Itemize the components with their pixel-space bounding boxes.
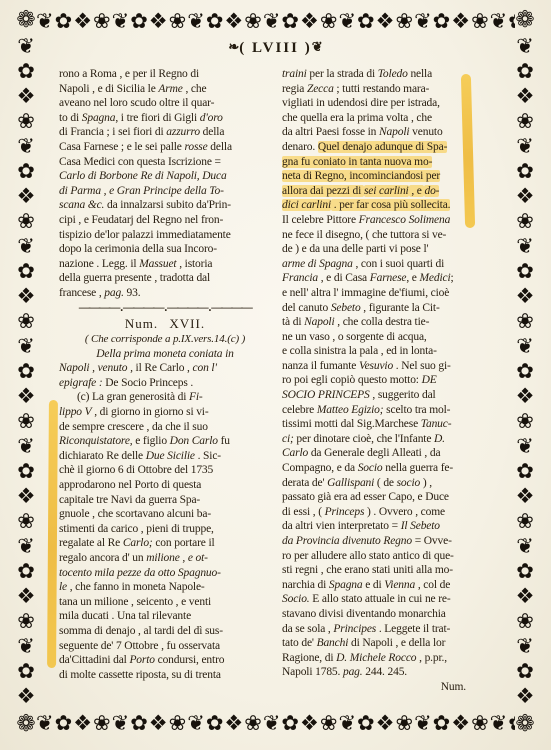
highlighted-text: do- (424, 185, 439, 197)
text-line: scana &c. da innalzarsi subito da'Prin- (59, 198, 271, 213)
text-line: Napoli , e di Sicilia le Arme , che (59, 82, 271, 97)
fleuron-icon: ❦ (312, 39, 323, 54)
text-line: passato già era ad esser Capo, e Duce (282, 490, 494, 505)
text-line: ne un vaso , o sorgente di acqua, (282, 330, 494, 345)
text-line: lippo V , di giorno in giorno si vi- (59, 405, 271, 420)
text-line: Num. (282, 680, 494, 695)
text-line: narchia di Spagna e di Vienna , col de (282, 578, 494, 593)
text-line: tissimi motti dal Sig.Marchese Tanuc- (282, 417, 494, 432)
border-ornament-top: ❦✿❖❀❦✿❖❀❦✿❖❀❦✿❖❀❦✿❖❀❦✿❖❀❦✿❖❀❦✿❖❀❦✿❖❀❦✿❖❀… (36, 6, 515, 36)
fleuron-icon: ❧ (228, 39, 239, 54)
text-line: capitale tre Navi da guerra Spa- (59, 493, 271, 508)
corner-ornament-icon: ❁ (12, 710, 40, 738)
text-line: epigrafe : De Socio Princeps . (59, 376, 271, 391)
text-line: neta di Regno, incominciandosi per (282, 169, 494, 184)
text-line: Il celebre Pittore Francesco Solimena (282, 213, 494, 228)
text-line: Socio. E allo stato attuale in cui ne re… (282, 592, 494, 607)
page-number-header: ❧( LVIII )❦ (0, 40, 551, 57)
highlighted-text: Quel denajo adunque di Spa- (318, 141, 447, 153)
text-line: dopo la cerimonia della sua Incoro- (59, 242, 271, 257)
text-line: derata de' Gallispani ( de socio ) , (282, 476, 494, 491)
text-line: del canuto Sebeto , figurante la Cit- (282, 301, 494, 316)
text-line: de ) e da una delle parti vi pose l' (282, 242, 494, 257)
text-line: arme di Spagna , con i suoi quarti di (282, 257, 494, 272)
border-ornament-right: ❦✿❖❀❦✿❖❀❦✿❖❀❦✿❖❀❦✿❖❀❦✿❖❀❦✿❖❀❦✿❖❀❦✿❖❀❦✿❖❀ (511, 34, 539, 710)
text-line: nanza il fumante Vesuvio . Nel suo gi- (282, 359, 494, 374)
text-line: gnuole , che scortavano alcuni ba- (59, 507, 271, 522)
highlighted-text: gna fu coniato in tanta nuova mo- (282, 156, 432, 168)
corner-ornament-icon: ❁ (511, 710, 539, 738)
highlight-stroke-left-margin (47, 400, 58, 668)
corner-ornament-icon: ❁ (511, 6, 539, 34)
text-line: celebre Matteo Egizio; scelto tra mol- (282, 403, 494, 418)
text-line: da'Cittadini dal Porto condursi, entro (59, 653, 271, 668)
text-line: nazione . Legg. il Massuet , istoria (59, 257, 271, 272)
text-line: e colla sinistra la pala , ed in lonta- (282, 344, 494, 359)
text-line: Della prima moneta coniata in (59, 347, 271, 362)
text-line: regalo ancora d' un milione , e ot- (59, 551, 271, 566)
text-line: da se sola , Principes . Leggete il trat… (282, 622, 494, 637)
text-line: e nell' altra l' immagine de'fiumi, cioè (282, 286, 494, 301)
highlighted-text: , e (409, 185, 425, 197)
text-line: francese , pag. 93. (59, 286, 271, 301)
text-line: da altri vien interpretato = Il Sebeto (282, 519, 494, 534)
text-line: da Provincia divenuto Regno = Ovve- (282, 534, 494, 549)
text-line: SOCIO PRINCEPS , suggerito dal (282, 388, 494, 403)
text-line: ro poi egli copiò questo motto: DE (282, 373, 494, 388)
text-line: rono a Roma , e per il Regno di (59, 67, 271, 82)
text-line: allora dai pezzi di sei carlini , e do- (282, 184, 494, 199)
text-line: to di Spagna, i tre fiori di Gigli d'oro (59, 111, 271, 126)
text-line: Num. XVII. (59, 315, 271, 332)
corner-ornament-icon: ❁ (12, 6, 40, 34)
text-line: cipi , e Feudatarj del Regno nel fron- (59, 213, 271, 228)
text-line: Casa Medici con questa Iscrizione = (59, 155, 271, 170)
highlighted-text: dici carlini (282, 199, 331, 211)
text-line: de sempre crescere , da che il suo (59, 420, 271, 435)
left-column: rono a Roma , e per il Regno diNapoli , … (59, 67, 271, 695)
text-line: stavano divisi diventando monarchia (282, 607, 494, 622)
text-line: approdarono nel Porto di questa (59, 478, 271, 493)
text-line: dichiarato Re delle Due Sicilie . Sic- (59, 449, 271, 464)
text-line: Napoli , venuto , il Re Carlo , con l' (59, 361, 271, 376)
text-line: le , che fanno in moneta Napole- (59, 580, 271, 595)
text-line: di molte cassette riposta, su di trenta (59, 668, 271, 683)
text-line: somma di denajo , al tardi del dì sus- (59, 624, 271, 639)
highlighted-text: . per far cosa più sollecita. (331, 199, 450, 211)
page-number: ( LVIII ) (239, 40, 311, 56)
text-line: mila ducati . Una tal rilevante (59, 609, 271, 624)
text-line: di Francia ; i sei fiori di azzurro dell… (59, 125, 271, 140)
text-line: di essi , ( Princeps ) . Ovvero , come (282, 505, 494, 520)
text-line: tispizio de'lor palazzi immediatamente (59, 228, 271, 243)
text-line: Casa Farnese ; e le sei palle rosse dell… (59, 140, 271, 155)
text-line: Ragione, di D. Michele Rocco , p.pr., (282, 651, 494, 666)
text-line: ci; per dinotare cioè, che l'Infante D. (282, 432, 494, 447)
text-line: della guerra presente , tradotta dal (59, 271, 271, 286)
highlighted-text: allora dai pezzi di (282, 185, 364, 197)
text-line: Napoli 1785. pag. 244. 245. (282, 665, 494, 680)
text-line: di Parma , e Gran Principe della To- (59, 184, 271, 199)
text-line: stimenti da carico , pieni di truppe, (59, 522, 271, 537)
text-line: tana un milione , seicento , e venti (59, 595, 271, 610)
text-line: seguente de' 7 Ottobre , fu osservata (59, 639, 271, 654)
text-line: tato de' Banchi di Napoli , e della lor (282, 636, 494, 651)
text-line: Francia , e di Casa Farnese, e Medici; (282, 271, 494, 286)
text-line: Carlo da Generale degli Alleati , da (282, 446, 494, 461)
book-page-scan: ❦✿❖❀❦✿❖❀❦✿❖❀❦✿❖❀❦✿❖❀❦✿❖❀❦✿❖❀❦✿❖❀❦✿❖❀❦✿❖❀… (0, 0, 551, 750)
text-line: regalate al Re Carlo; con portare il (59, 536, 271, 551)
text-line: ro per alludere allo stato antico di que… (282, 549, 494, 564)
text-line: ne fece il disegno, ( che tuttora si ve- (282, 228, 494, 243)
text-line: ( Che corrisponde a p.IX.vers.14.(c) ) (59, 332, 271, 347)
highlighted-text: neta di Regno, incominciandosi per (282, 170, 440, 182)
border-ornament-left: ❦✿❖❀❦✿❖❀❦✿❖❀❦✿❖❀❦✿❖❀❦✿❖❀❦✿❖❀❦✿❖❀❦✿❖❀❦✿❖❀ (12, 34, 40, 710)
section-divider-rule: ———— . ———— . ———— . ———— (59, 301, 271, 316)
text-line: (c) La gran generosità di Fi- (59, 390, 271, 405)
text-line: aveano nel loro scudo oltre il quar- (59, 96, 271, 111)
text-line: tà di Napoli , che colla destra tie- (282, 315, 494, 330)
text-body: rono a Roma , e per il Regno diNapoli , … (59, 67, 495, 695)
border-ornament-bottom: ❦✿❖❀❦✿❖❀❦✿❖❀❦✿❖❀❦✿❖❀❦✿❖❀❦✿❖❀❦✿❖❀❦✿❖❀❦✿❖❀… (36, 708, 515, 738)
text-line: Riconquistatore, e figlio Don Carlo fu (59, 434, 271, 449)
text-line: tocento mila pezze da otto Spagnuo- (59, 566, 271, 581)
text-line: Compagno, e da Socio nella guerra fe- (282, 461, 494, 476)
text-line: chè il giorno 6 di Ottobre del 1735 (59, 463, 271, 478)
text-line: sti regni , che erano stati uniti alla m… (282, 563, 494, 578)
right-column: traini per la strada di Toledo nellaregi… (282, 67, 494, 695)
highlighted-text: sei carlini (364, 185, 409, 197)
text-line: Carlo di Borbone Re di Napoli, Duca (59, 169, 271, 184)
text-line: dici carlini . per far cosa più sollecit… (282, 198, 494, 213)
